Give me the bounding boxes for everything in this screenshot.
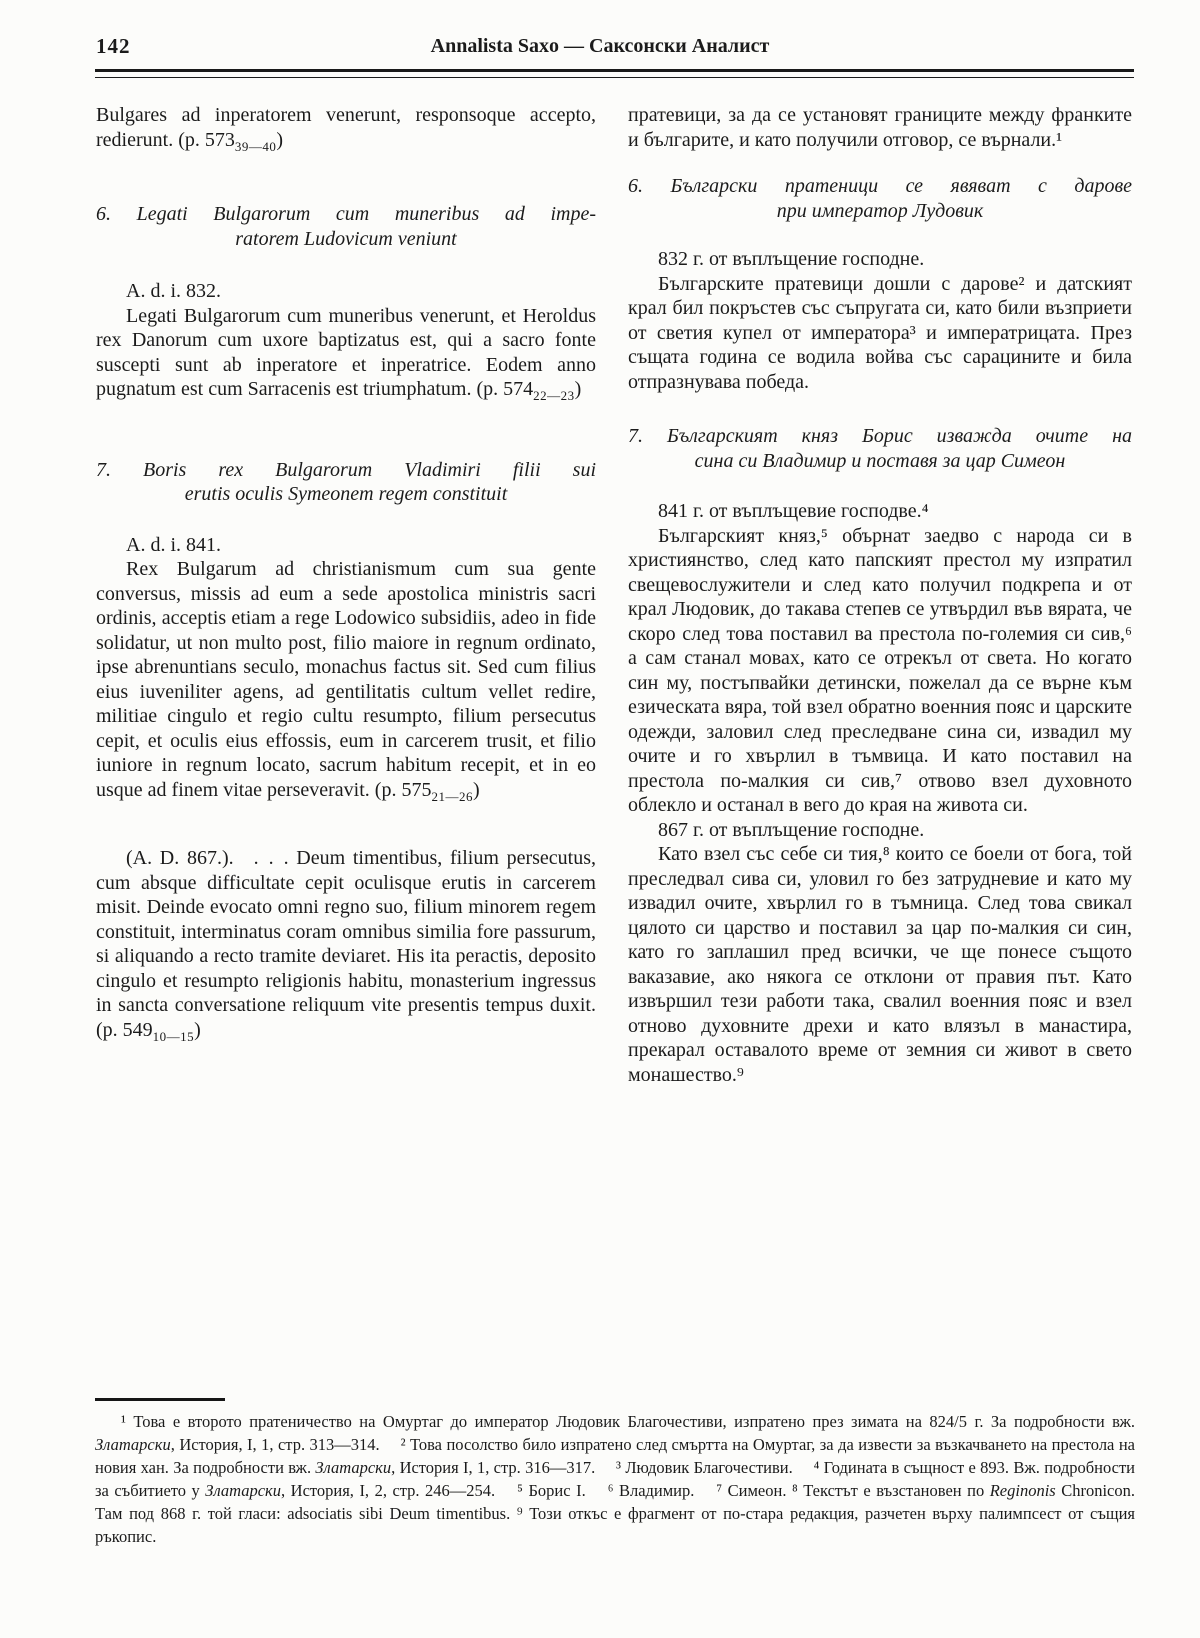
latin-paragraph-841: Rex Bulgarum ad christianismum cum sua g…: [96, 557, 596, 802]
footnote-italic-segment: Златарски: [205, 1481, 281, 1500]
footnote-separator-rule: [95, 1398, 225, 1401]
page-ref-subscript: 39—40: [235, 139, 277, 154]
footnote-italic-segment: Reginonis: [990, 1481, 1056, 1500]
bulgarian-year-line-841: 841 г. от въплъщевие господве.⁴: [628, 499, 1132, 524]
bulgarian-heading-6-line2: при император Лудовик: [628, 199, 1132, 224]
latin-column: Bulgares ad inperatorem venerunt, respon…: [96, 103, 596, 1042]
latin-paragraph-867: (A. D. 867.). . . . Deum timentibus, fil…: [96, 846, 596, 1042]
latin-paragraph-832: Legati Bulgarorum cum muneribus venerunt…: [96, 304, 596, 402]
footnote-segment: , История, I, 2, стр. 246—254. ⁵ Борис I…: [281, 1481, 990, 1500]
page-header-title: Annalista Saxo — Саксонски Аналист: [0, 35, 1200, 58]
latin-heading-6: 6. Legati Bulgarorum cum muneribus ad im…: [96, 202, 596, 251]
page-ref-close: ): [276, 129, 283, 151]
latin-heading-6-line2: ratorem Ludovicum veniunt: [96, 227, 596, 252]
page-ref-subscript: 22—23: [533, 388, 575, 403]
bulgarian-paragraph-867: Като взел със себе си тия,⁸ които се бое…: [628, 842, 1132, 1087]
page-ref-close: ): [194, 1019, 201, 1041]
bulgarian-paragraph-continuation: пратевици, за да се установят границите …: [628, 103, 1132, 152]
footnote-segment: ¹ Това е второто пратеничество на Омурта…: [121, 1412, 1135, 1431]
bulgarian-paragraph-841: Българският княз,⁵ обърнат заедво с наро…: [628, 524, 1132, 818]
page-ref-subscript: 21—26: [431, 789, 473, 804]
latin-paragraph-continuation: Bulgares ad inperatorem venerunt, respon…: [96, 103, 596, 152]
page-ref-close: ): [473, 779, 480, 801]
bulgarian-heading-6-line1: 6. Български пратеници се явяват с даров…: [628, 174, 1132, 199]
page-ref-close: ): [575, 378, 582, 400]
latin-heading-7: 7. Boris rex Bulgarorum Vladimiri filii …: [96, 458, 596, 507]
page-ref-subscript: 10—15: [153, 1029, 195, 1044]
footnote-italic-segment: Златарски: [315, 1458, 391, 1477]
latin-continuation-text: Bulgares ad inperatorem venerunt, respon…: [96, 104, 596, 151]
header-rule-bottom: [95, 77, 1134, 78]
footnotes-text: ¹ Това е второто пратеничество на Омурта…: [95, 1410, 1135, 1548]
bulgarian-heading-7-line2: сина си Владимир и поставя за цар Симеон: [628, 449, 1132, 474]
bulgarian-year-line-867: 867 г. от въплъщение господне.: [628, 818, 1132, 843]
latin-841-text: Rex Bulgarum ad christianismum cum sua g…: [96, 558, 596, 801]
bulgarian-paragraph-832: Българските пратевици дошли с дарове² и …: [628, 272, 1132, 395]
book-page: 142 Annalista Saxo — Саксонски Аналист B…: [0, 0, 1200, 1638]
header-rule-top: [95, 69, 1134, 72]
latin-heading-7-line2: erutis oculis Symeonem regem constituit: [96, 482, 596, 507]
footnote-italic-segment: Златарски: [95, 1435, 171, 1454]
bulgarian-heading-7: 7. Българският княз Борис изважда очите …: [628, 424, 1132, 473]
latin-year-line-832: A. d. i. 832.: [96, 279, 596, 304]
latin-832-text: Legati Bulgarorum cum muneribus venerunt…: [96, 305, 596, 401]
bulgarian-column: пратевици, за да се установят границите …: [628, 103, 1132, 1087]
bulgarian-heading-7-line1: 7. Българският княз Борис изважда очите …: [628, 424, 1132, 449]
latin-heading-7-line1: 7. Boris rex Bulgarorum Vladimiri filii …: [96, 458, 596, 483]
bulgarian-heading-6: 6. Български пратеници се явяват с даров…: [628, 174, 1132, 223]
latin-867-text: (A. D. 867.). . . . Deum timentibus, fil…: [96, 847, 596, 1041]
latin-year-line-841: A. d. i. 841.: [96, 533, 596, 558]
latin-heading-6-line1: 6. Legati Bulgarorum cum muneribus ad im…: [96, 202, 596, 227]
bulgarian-year-line-832: 832 г. от въплъщение господне.: [628, 247, 1132, 272]
